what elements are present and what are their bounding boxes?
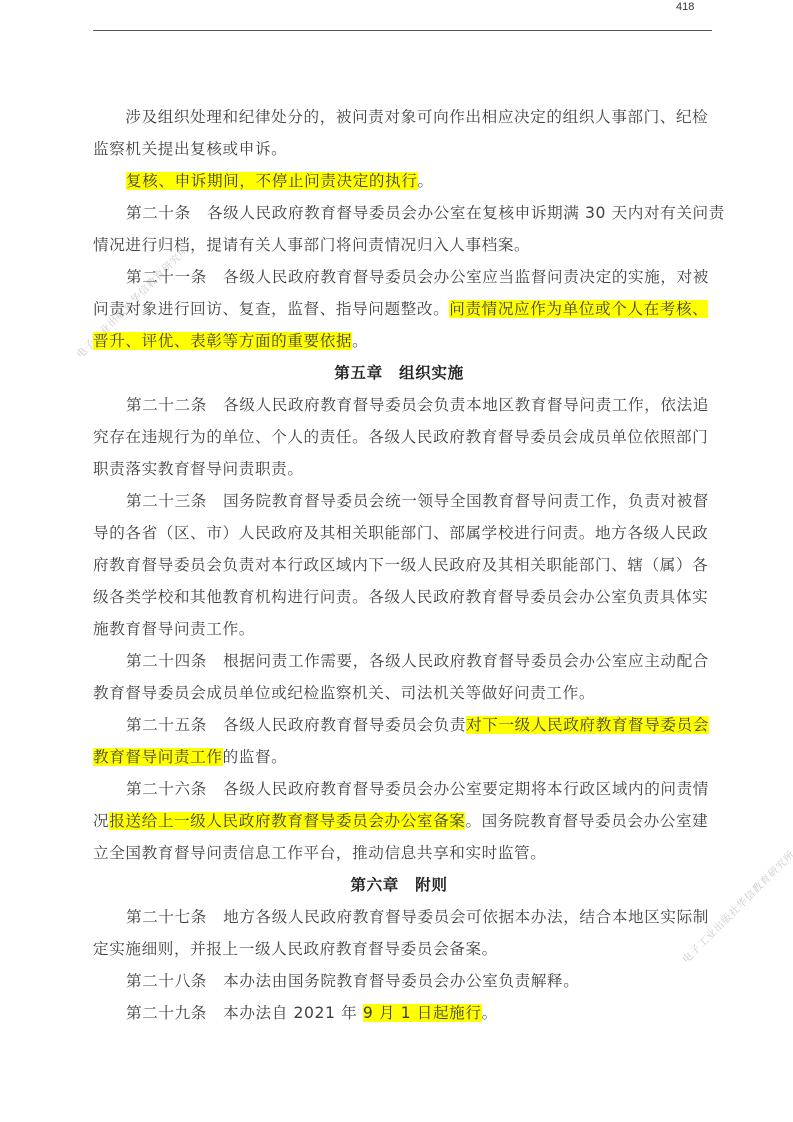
text-line: 第二十六条 各级人民政府教育督导委员会办公室要定期将本行政区域内的问责情: [93, 773, 705, 805]
text-segment: 第二十七条 地方各级人民政府教育督导委员会可依据本办法，结合本地区实际制: [126, 908, 709, 926]
text-segment: 。: [418, 172, 434, 190]
text-line: 施教育督导问责工作。: [93, 613, 705, 645]
text-segment: 第五章 组织实施: [334, 364, 464, 382]
text-line: 问责对象进行回访、复查，监督、指导问题整改。问责情况应作为单位或个人在考核、: [93, 293, 705, 325]
text-segment: 情况进行归档，提请有关人事部门将问责情况归入人事档案。: [93, 236, 530, 254]
text-line: 级各类学校和其他教育机构进行问责。各级人民政府教育督导委员会办公室负责具体实: [93, 581, 705, 613]
highlighted-text: 报送给上一级人民政府教育督导委员会办公室备案: [109, 812, 465, 830]
text-segment: 况: [93, 812, 109, 830]
text-segment: 第二十一条 各级人民政府教育督导委员会办公室应当监督问责决定的实施，对被: [126, 268, 709, 286]
highlighted-text: 复核、申诉期间，不停止问责决定的执行: [126, 172, 418, 190]
text-segment: 立全国教育督导问责信息工作平台，推动信息共享和实时监管。: [93, 844, 546, 862]
text-segment: 第二十六条 各级人民政府教育督导委员会办公室要定期将本行政区域内的问责情: [126, 780, 709, 798]
text-segment: 职责落实教育督导问责职责。: [93, 460, 304, 478]
text-segment: 第二十三条 国务院教育督导委员会统一领导全国教育督导问责工作，负责对被督: [126, 492, 709, 510]
text-line: 导的各省（区、市）人民政府及其相关职能部门、部属学校进行问责。地方各级人民政: [93, 517, 705, 549]
highlighted-text: 问责情况应作为单位或个人在考核、: [449, 300, 708, 318]
text-segment: 导的各省（区、市）人民政府及其相关职能部门、部属学校进行问责。地方各级人民政: [93, 524, 708, 542]
text-segment: 问责对象进行回访、复查，监督、指导问题整改。: [93, 300, 449, 318]
document-body: 涉及组织处理和纪律处分的，被问责对象可向作出相应决定的组织人事部门、纪检监察机关…: [93, 101, 705, 1029]
text-line: 教育督导委员会成员单位或纪检监察机关、司法机关等做好问责工作。: [93, 677, 705, 709]
text-segment: 涉及组织处理和纪律处分的，被问责对象可向作出相应决定的组织人事部门、纪检: [93, 108, 708, 126]
chapter-heading: 第六章 附则: [93, 869, 705, 901]
text-segment: 第二十五条 各级人民政府教育督导委员会负责: [126, 716, 466, 734]
text-line: 涉及组织处理和纪律处分的，被问责对象可向作出相应决定的组织人事部门、纪检: [93, 101, 705, 133]
text-line: 复核、申诉期间，不停止问责决定的执行。: [93, 165, 705, 197]
header-rule: [93, 30, 712, 31]
text-segment: 第二十二条 各级人民政府教育督导委员会负责本地区教育督导问责工作，依法追: [126, 396, 709, 414]
text-segment: 。: [352, 332, 368, 350]
text-segment: 。国务院教育督导委员会办公室建: [465, 812, 708, 830]
text-line: 立全国教育督导问责信息工作平台，推动信息共享和实时监管。: [93, 837, 705, 869]
highlighted-text: 9 月 1 日起施行: [363, 1004, 482, 1022]
text-line: 究存在违规行为的单位、个人的责任。各级人民政府教育督导委员会成员单位依照部门: [93, 421, 705, 453]
text-line: 第二十一条 各级人民政府教育督导委员会办公室应当监督问责决定的实施，对被: [93, 261, 705, 293]
text-segment: 第二十八条 本办法由国务院教育督导委员会办公室负责解释。: [126, 972, 579, 990]
text-segment: 监察机关提出复核或申诉。: [93, 140, 287, 158]
text-line: 定实施细则，并报上一级人民政府教育督导委员会备案。: [93, 933, 705, 965]
text-segment: 。: [482, 1004, 498, 1022]
text-line: 况报送给上一级人民政府教育督导委员会办公室备案。国务院教育督导委员会办公室建: [93, 805, 705, 837]
text-line: 情况进行归档，提请有关人事部门将问责情况归入人事档案。: [93, 229, 705, 261]
text-segment: 的监督。: [223, 748, 288, 766]
text-line: 晋升、评优、表彰等方面的重要依据。: [93, 325, 705, 357]
text-line: 教育督导问责工作的监督。: [93, 741, 705, 773]
text-segment: 府教育督导委员会负责对本行政区域内下一级人民政府及其相关职能部门、辖（属）各: [93, 556, 708, 574]
highlighted-text: 对下一级人民政府教育督导委员会: [466, 716, 709, 734]
text-line: 第二十八条 本办法由国务院教育督导委员会办公室负责解释。: [93, 965, 705, 997]
highlighted-text: 教育督导问责工作: [93, 748, 223, 766]
text-line: 府教育督导委员会负责对本行政区域内下一级人民政府及其相关职能部门、辖（属）各: [93, 549, 705, 581]
text-segment: 教育督导委员会成员单位或纪检监察机关、司法机关等做好问责工作。: [93, 684, 595, 702]
text-line: 第二十九条 本办法自 2021 年 9 月 1 日起施行。: [93, 997, 705, 1029]
page-number: 418: [676, 1, 694, 13]
text-segment: 级各类学校和其他教育机构进行问责。各级人民政府教育督导委员会办公室负责具体实: [93, 588, 708, 606]
text-segment: 第二十条 各级人民政府教育督导委员会办公室在复核申诉期满 30 天内对有关问责: [126, 204, 725, 222]
text-segment: 施教育督导问责工作。: [93, 620, 255, 638]
text-segment: 第二十九条 本办法自 2021 年: [126, 1004, 363, 1022]
text-line: 第二十七条 地方各级人民政府教育督导委员会可依据本办法，结合本地区实际制: [93, 901, 705, 933]
text-line: 第二十三条 国务院教育督导委员会统一领导全国教育督导问责工作，负责对被督: [93, 485, 705, 517]
text-line: 第二十五条 各级人民政府教育督导委员会负责对下一级人民政府教育督导委员会: [93, 709, 705, 741]
text-line: 第二十四条 根据问责工作需要，各级人民政府教育督导委员会办公室应主动配合: [93, 645, 705, 677]
text-segment: 第六章 附则: [350, 876, 447, 894]
text-line: 监察机关提出复核或申诉。: [93, 133, 705, 165]
text-line: 第二十二条 各级人民政府教育督导委员会负责本地区教育督导问责工作，依法追: [93, 389, 705, 421]
text-segment: 第二十四条 根据问责工作需要，各级人民政府教育督导委员会办公室应主动配合: [126, 652, 709, 670]
text-line: 职责落实教育督导问责职责。: [93, 453, 705, 485]
text-segment: 究存在违规行为的单位、个人的责任。各级人民政府教育督导委员会成员单位依照部门: [93, 428, 708, 446]
highlighted-text: 晋升、评优、表彰等方面的重要依据: [93, 332, 352, 350]
text-line: 第二十条 各级人民政府教育督导委员会办公室在复核申诉期满 30 天内对有关问责: [93, 197, 705, 229]
chapter-heading: 第五章 组织实施: [93, 357, 705, 389]
text-segment: 定实施细则，并报上一级人民政府教育督导委员会备案。: [93, 940, 498, 958]
